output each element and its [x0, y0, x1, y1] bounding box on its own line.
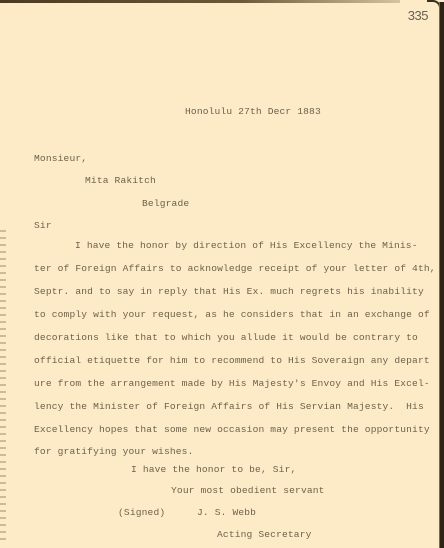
closing-servant: Your most obedient servant [171, 485, 325, 497]
page-number: 335 [408, 8, 428, 23]
body-line-4: to comply with your request, as he consi… [34, 309, 430, 321]
recipient-name: Mita Rakitch [85, 175, 156, 187]
salutation-header: Monsieur, [34, 153, 87, 165]
greeting: Sir [34, 220, 52, 232]
body-line-9: Excellency hopes that some new occasion … [34, 424, 430, 436]
binding-margin [0, 230, 6, 540]
dateline: Honolulu 27th Decr 1883 [185, 106, 321, 118]
body-line-2: ter of Foreign Affairs to acknowledge re… [34, 263, 436, 275]
signatory-title: Acting Secretary [217, 529, 312, 541]
body-line-10: for gratifying your wishes. [34, 446, 194, 458]
body-line-8: lency the Minister of Foreign Affairs of… [34, 401, 424, 413]
page-right-edge [439, 2, 444, 548]
closing: I have the honor to be, Sir, [131, 464, 296, 476]
body-line-5: decorations like that to which you allud… [34, 332, 418, 344]
body-line-7: ure from the arrangement made by His Maj… [34, 378, 430, 390]
recipient-city: Belgrade [142, 198, 189, 210]
page-top-edge [0, 0, 400, 3]
letter-page: 335 Honolulu 27th Decr 1883 Monsieur, Mi… [0, 0, 444, 548]
signed-label: (Signed) [118, 507, 165, 519]
body-line-6: official etiquette for him to recommend … [34, 355, 430, 367]
body-line-3: Septr. and to say in reply that His Ex. … [34, 286, 424, 298]
signatory: J. S. Webb [197, 507, 256, 519]
body-line-1: I have the honor by direction of His Exc… [75, 240, 418, 252]
